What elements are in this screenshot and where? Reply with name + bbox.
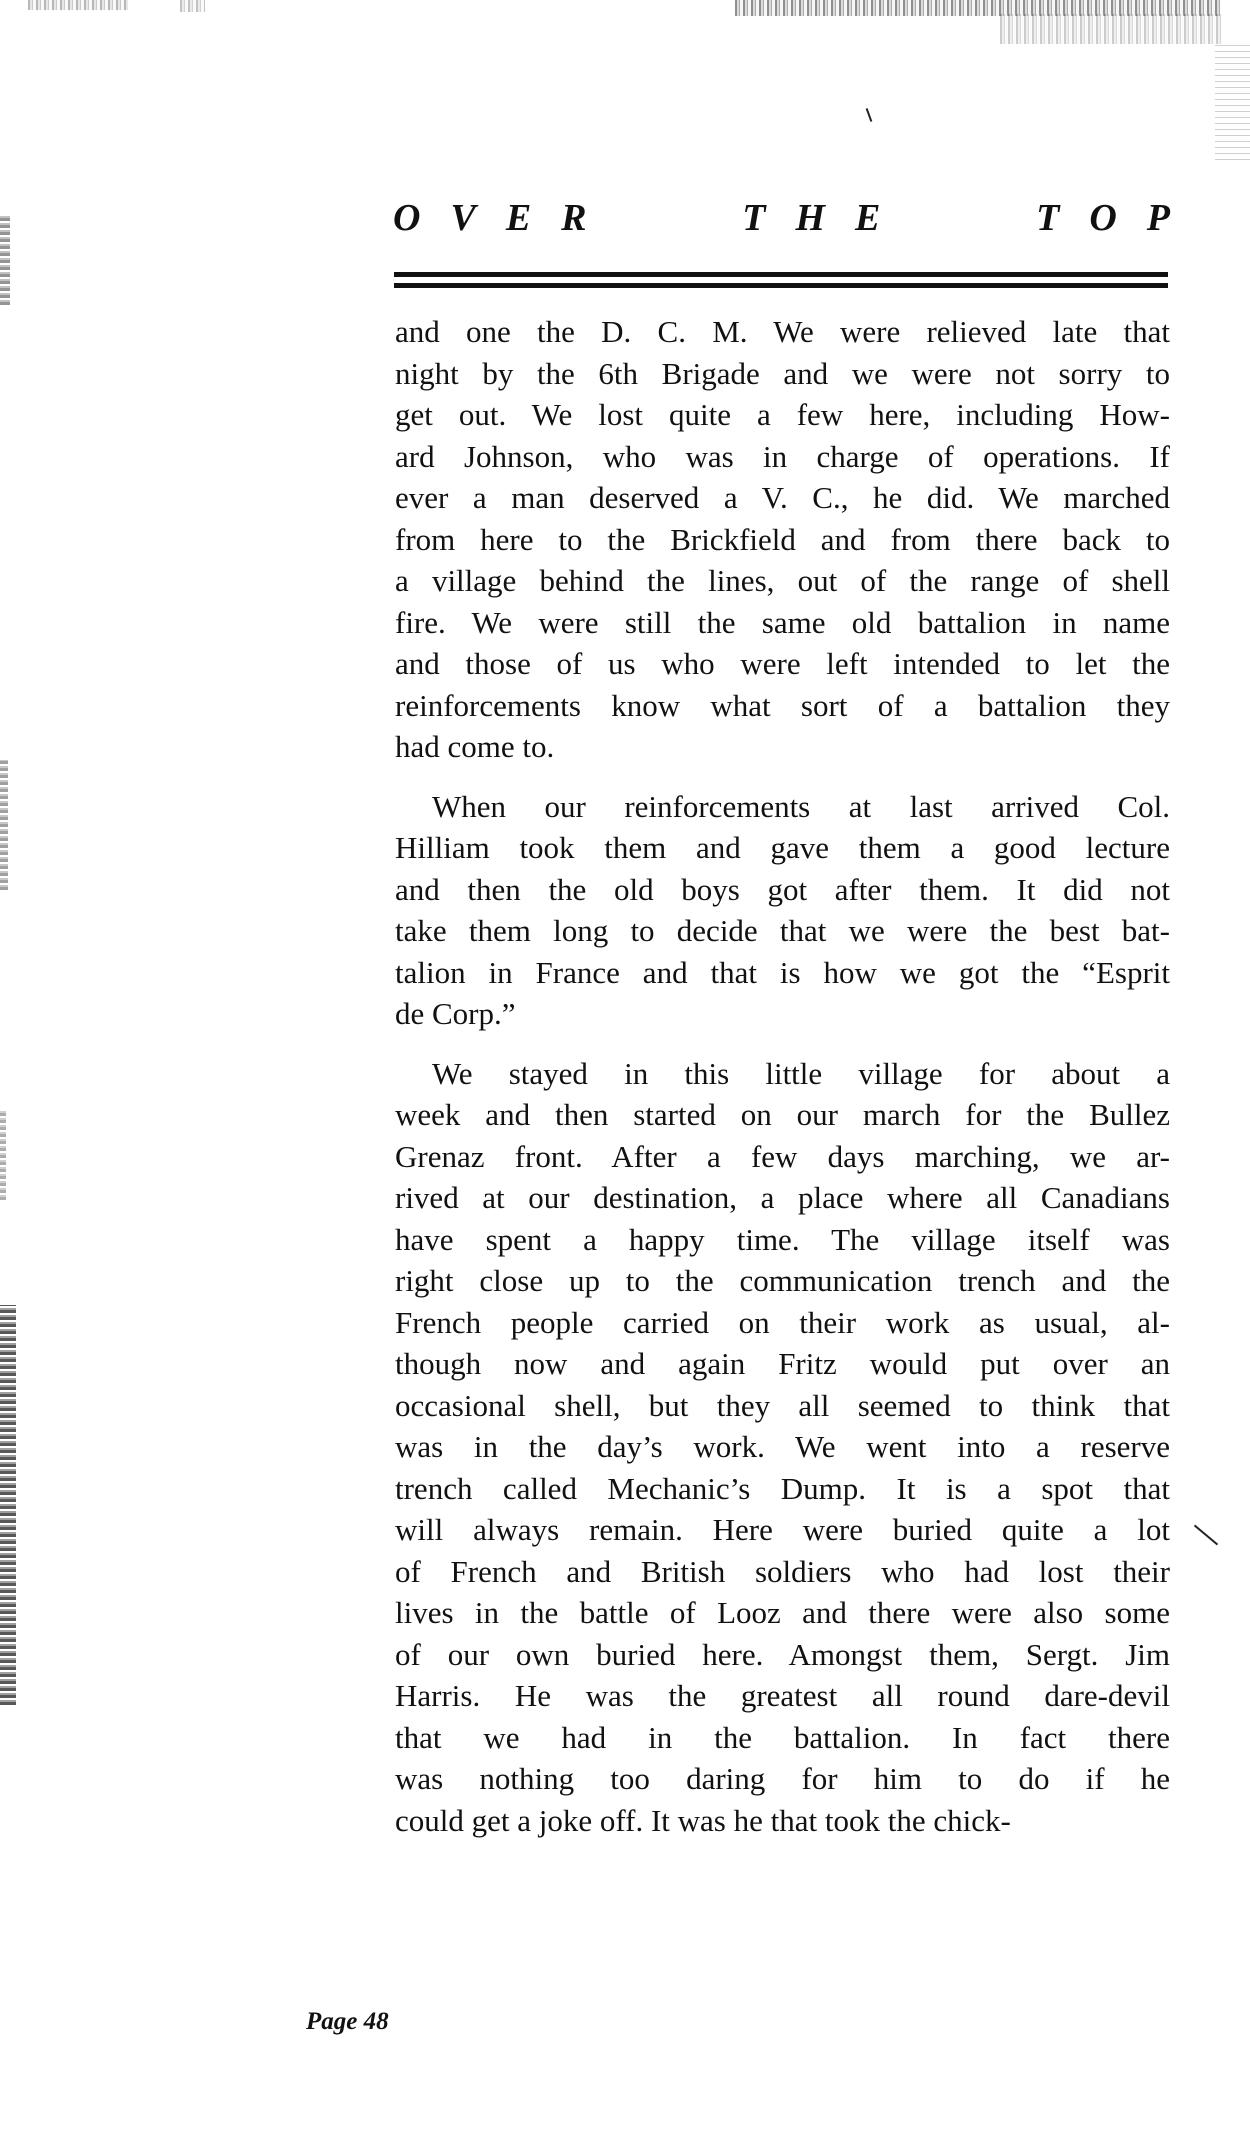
scan-noise-top-left [28, 0, 128, 10]
running-head-letter: P [1147, 196, 1170, 246]
running-head-letter: O [1089, 196, 1116, 246]
text-line: was in the day’s work. We went into a re… [395, 1426, 1170, 1468]
running-head-word-the: T H E [742, 196, 880, 246]
text-line: trench called Mechanic’s Dump. It is a s… [395, 1468, 1170, 1510]
scan-noise-left-edge-upper [0, 215, 10, 305]
page-number: Page 48 [306, 2008, 389, 2036]
text-line: and then the old boys got after them. It… [395, 869, 1170, 911]
text-line: ard Johnson, who was in charge of operat… [395, 436, 1170, 478]
text-line: talion in France and that is how we got … [395, 952, 1170, 994]
paragraph: When our reinforcements at last arrived … [395, 786, 1170, 1035]
text-line: of French and British soldiers who had l… [395, 1551, 1170, 1593]
scan-noise-left-edge-mid2 [0, 1110, 6, 1200]
text-line: rived at our destination, a place where … [395, 1177, 1170, 1219]
text-line: right close up to the communication tren… [395, 1260, 1170, 1302]
scan-speck [866, 108, 873, 122]
head-rule-lower [394, 283, 1168, 288]
text-line: lives in the battle of Looz and there we… [395, 1592, 1170, 1634]
text-line: fire. We were still the same old battali… [395, 602, 1170, 644]
text-line: of our own buried here. Amongst them, Se… [395, 1634, 1170, 1676]
scan-noise-top-mid [180, 0, 205, 12]
paragraph-gap [395, 768, 1170, 786]
text-line: that we had in the battalion. In fact th… [395, 1717, 1170, 1759]
text-line: have spent a happy time. The village its… [395, 1219, 1170, 1261]
text-line: We stayed in this little village for abo… [395, 1053, 1170, 1095]
text-line: and one the D. C. M. We were relieved la… [395, 311, 1170, 353]
text-line: week and then started on our march for t… [395, 1094, 1170, 1136]
scan-noise-top-right-fade [1000, 14, 1222, 44]
running-head-letter: E [506, 196, 531, 246]
running-head-letter: V [450, 196, 475, 246]
running-head-letter: E [855, 196, 880, 246]
running-head-letter: R [561, 196, 586, 246]
paragraph-gap [395, 1035, 1170, 1053]
running-head-letter: O [393, 196, 420, 246]
text-line: Hilliam took them and gave them a good l… [395, 827, 1170, 869]
text-line: When our reinforcements at last arrived … [395, 786, 1170, 828]
scan-speck [1194, 1525, 1218, 1546]
text-line: from here to the Brickfield and from the… [395, 519, 1170, 561]
text-line: will always remain. Here were buried qui… [395, 1509, 1170, 1551]
text-line: French people carried on their work as u… [395, 1302, 1170, 1344]
text-line: de Corp.” [395, 993, 1170, 1035]
text-line: Harris. He was the greatest all round da… [395, 1675, 1170, 1717]
head-rule-upper [394, 272, 1168, 277]
text-line: take them long to decide that we were th… [395, 910, 1170, 952]
running-head: O V E R T H E T O P [393, 196, 1170, 246]
text-line: Grenaz front. After a few days marching,… [395, 1136, 1170, 1178]
running-head-letter: T [742, 196, 765, 246]
body-text: and one the D. C. M. We were relieved la… [395, 311, 1170, 1841]
running-head-word-over: O V E R [393, 196, 587, 246]
text-line: could get a joke off. It was he that too… [395, 1800, 1170, 1842]
scan-noise-left-edge-mid [0, 760, 8, 890]
text-line: get out. We lost quite a few here, inclu… [395, 394, 1170, 436]
scan-noise-left-edge-lower [0, 1305, 16, 1705]
running-head-word-top: T O P [1036, 196, 1170, 246]
text-line: had come to. [395, 726, 1170, 768]
text-line: ever a man deserved a V. C., he did. We … [395, 477, 1170, 519]
running-head-letter: H [795, 196, 825, 246]
text-line: and those of us who were left intended t… [395, 643, 1170, 685]
text-line: reinforcements know what sort of a batta… [395, 685, 1170, 727]
paragraph: and one the D. C. M. We were relieved la… [395, 311, 1170, 768]
text-line: occasional shell, but they all seemed to… [395, 1385, 1170, 1427]
text-line: night by the 6th Brigade and we were not… [395, 353, 1170, 395]
text-line: a village behind the lines, out of the r… [395, 560, 1170, 602]
text-line: was nothing too daring for him to do if … [395, 1758, 1170, 1800]
text-line: though now and again Fritz would put ove… [395, 1343, 1170, 1385]
paragraph: We stayed in this little village for abo… [395, 1053, 1170, 1842]
scan-noise-right-edge [1215, 40, 1250, 160]
running-head-letter: T [1036, 196, 1059, 246]
